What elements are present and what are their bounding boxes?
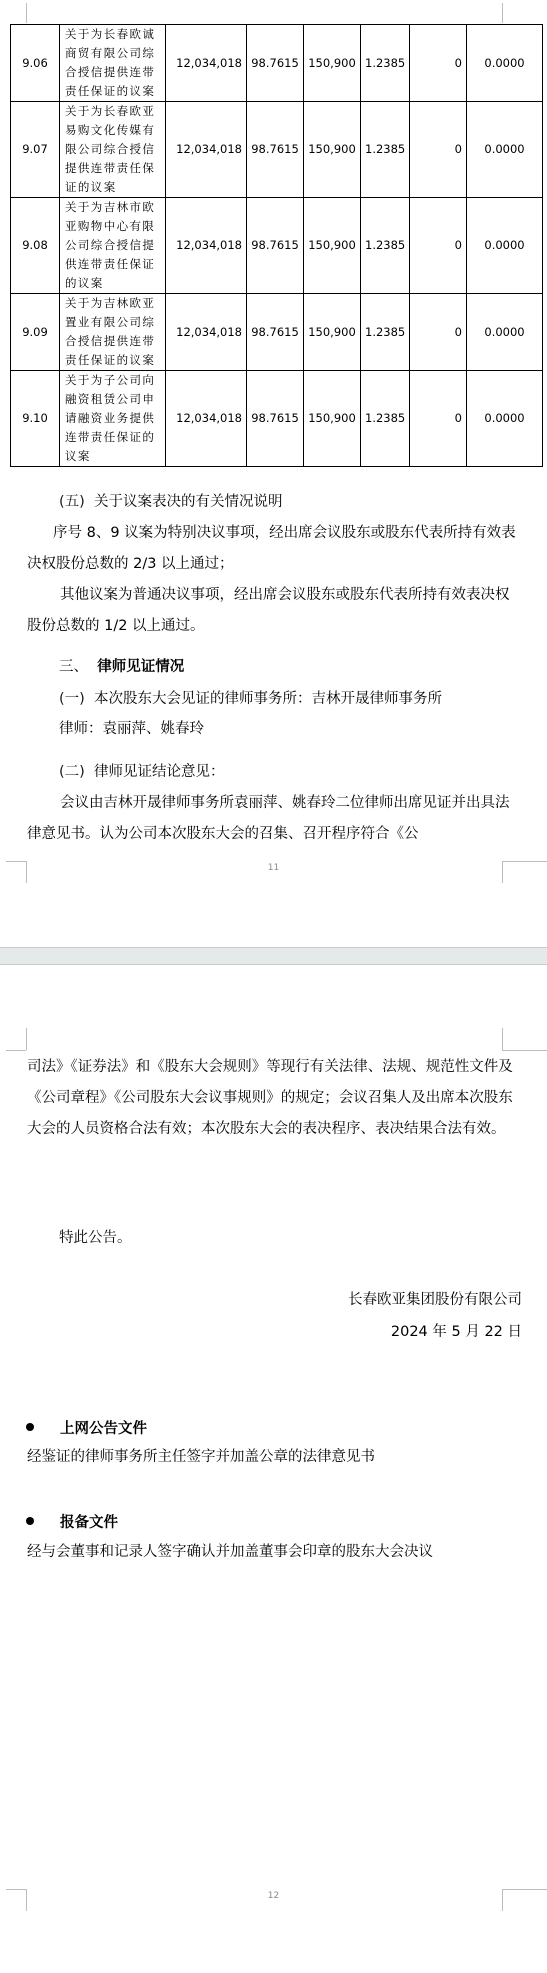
opinion-text-part1: 会议由吉林开晟律师事务所袁丽萍、姚春玲二位律师出席见证并出具法律意见书。认为公司… — [27, 788, 522, 850]
law-firm-line: (一) 本次股东大会见证的律师事务所：吉林开晟律师事务所 — [59, 684, 547, 715]
agree-percent: 98.7615 — [247, 25, 304, 102]
against-shares: 150,900 — [304, 25, 361, 102]
agree-percent: 98.7615 — [247, 371, 304, 467]
page-number: 12 — [0, 1891, 547, 1901]
agree-shares: 12,034,018 — [166, 294, 247, 371]
resolution-vote-table: 9.06 关于为长春欧诚商贸有限公司综合授信提供连带责任保证的议案 12,034… — [10, 24, 543, 467]
document-page-11: 9.06 关于为长春欧诚商贸有限公司综合授信提供连带责任保证的议案 12,034… — [0, 0, 547, 947]
section-3-heading: 三、 律师见证情况 — [59, 652, 547, 683]
table-row: 9.09 关于为吉林欧亚置业有限公司综合授信提供连带责任保证的议案 12,034… — [11, 294, 543, 371]
agree-percent: 98.7615 — [247, 102, 304, 198]
margin-corner-mark — [6, 861, 26, 862]
filing-docs-heading: 报备文件 — [26, 1511, 118, 1535]
closing-statement: 特此公告。 — [59, 1223, 547, 1254]
law-firm-text: 本次股东大会见证的律师事务所：吉林开晟律师事务所 — [94, 691, 442, 707]
opinion-heading: (二) 律师见证结论意见： — [59, 757, 547, 788]
abstain-percent: 0.0000 — [467, 198, 543, 294]
abstain-shares: 0 — [410, 198, 467, 294]
against-percent: 1.2385 — [361, 371, 410, 467]
margin-corner-mark — [502, 1050, 547, 1051]
page-number: 11 — [0, 863, 547, 873]
abstain-percent: 0.0000 — [467, 102, 543, 198]
bullet-icon — [26, 1517, 34, 1525]
resolution-name: 关于为子公司向融资租赁公司申请融资业务提供连带责任保证的议案 — [60, 371, 166, 467]
online-docs-heading: 上网公告文件 — [26, 1417, 147, 1441]
section-3-title: 律师见证情况 — [97, 659, 184, 675]
margin-corner-mark — [502, 861, 547, 862]
against-percent: 1.2385 — [361, 25, 410, 102]
against-shares: 150,900 — [304, 371, 361, 467]
against-percent: 1.2385 — [361, 294, 410, 371]
margin-corner-mark — [26, 1028, 27, 1050]
filing-docs-title: 报备文件 — [60, 1515, 118, 1531]
against-percent: 1.2385 — [361, 198, 410, 294]
ordinary-resolution-text: 其他议案为普通决议事项，经出席会议股东或股东代表所持有效表决权股份总数的 1/2… — [27, 580, 522, 642]
agree-shares: 12,034,018 — [166, 102, 247, 198]
margin-corner-mark — [502, 1028, 503, 1050]
table-row: 9.07 关于为长春欧亚易购文化传媒有限公司综合授信提供连带责任保证的议案 12… — [11, 102, 543, 198]
margin-corner-mark — [502, 1889, 547, 1890]
online-docs-title: 上网公告文件 — [60, 1421, 147, 1437]
agree-shares: 12,034,018 — [166, 198, 247, 294]
abstain-percent: 0.0000 — [467, 294, 543, 371]
table-row: 9.08 关于为吉林市欧亚购物中心有限公司综合授信提供连带责任保证的议案 12,… — [11, 198, 543, 294]
resolution-name: 关于为长春欧诚商贸有限公司综合授信提供连带责任保证的议案 — [60, 25, 166, 102]
agree-percent: 98.7615 — [247, 198, 304, 294]
resolution-number: 9.07 — [11, 102, 60, 198]
resolution-number: 9.08 — [11, 198, 60, 294]
against-shares: 150,900 — [304, 294, 361, 371]
table-row: 9.06 关于为长春欧诚商贸有限公司综合授信提供连带责任保证的议案 12,034… — [11, 25, 543, 102]
company-signature: 长春欧亚集团股份有限公司 — [27, 1285, 522, 1316]
online-docs-text: 经鉴证的律师事务所主任签字并加盖公章的法律意见书 — [27, 1445, 522, 1469]
agree-shares: 12,034,018 — [166, 25, 247, 102]
abstain-shares: 0 — [410, 294, 467, 371]
announcement-date: 2024 年 5 月 22 日 — [27, 1317, 522, 1348]
against-shares: 150,900 — [304, 102, 361, 198]
opinion-number: (二) — [59, 764, 85, 780]
abstain-percent: 0.0000 — [467, 371, 543, 467]
opinion-title: 律师见证结论意见： — [94, 764, 225, 780]
agree-percent: 98.7615 — [247, 294, 304, 371]
abstain-shares: 0 — [410, 371, 467, 467]
page-separator — [0, 947, 547, 965]
against-percent: 1.2385 — [361, 102, 410, 198]
resolution-number: 9.09 — [11, 294, 60, 371]
resolution-number: 9.10 — [11, 371, 60, 467]
margin-corner-mark — [6, 1889, 26, 1890]
section-5-heading: (五) 关于议案表决的有关情况说明 — [59, 487, 547, 518]
resolution-number: 9.06 — [11, 25, 60, 102]
margin-corner-mark — [6, 1050, 26, 1051]
document-page-12: 司法》《证券法》和《股东大会规则》等现行有关法律、法规、规范性文件及《公司章程》… — [0, 965, 547, 1973]
against-shares: 150,900 — [304, 198, 361, 294]
resolution-name: 关于为吉林欧亚置业有限公司综合授信提供连带责任保证的议案 — [60, 294, 166, 371]
abstain-shares: 0 — [410, 102, 467, 198]
abstain-shares: 0 — [410, 25, 467, 102]
margin-corner-mark — [502, 3, 503, 23]
resolution-name: 关于为吉林市欧亚购物中心有限公司综合授信提供连带责任保证的议案 — [60, 198, 166, 294]
opinion-text-part2: 司法》《证券法》和《股东大会规则》等现行有关法律、法规、规范性文件及《公司章程》… — [27, 1052, 522, 1145]
section-3-number: 三、 — [59, 659, 88, 675]
agree-shares: 12,034,018 — [166, 371, 247, 467]
law-firm-number: (一) — [59, 691, 85, 707]
table-row: 9.10 关于为子公司向融资租赁公司申请融资业务提供连带责任保证的议案 12,0… — [11, 371, 543, 467]
resolution-name: 关于为长春欧亚易购文化传媒有限公司综合授信提供连带责任保证的议案 — [60, 102, 166, 198]
bullet-icon — [26, 1423, 34, 1431]
lawyers-line: 律师：袁丽萍、姚春玲 — [59, 714, 547, 745]
margin-corner-mark — [26, 3, 27, 23]
special-resolution-text: 序号 8、9 议案为特别决议事项，经出席会议股东或股东代表所持有效表决权股份总数… — [27, 518, 522, 580]
section-5-title: 关于议案表决的有关情况说明 — [94, 494, 283, 510]
section-5-number: (五) — [59, 494, 85, 510]
filing-docs-text: 经与会董事和记录人签字确认并加盖董事会印章的股东大会决议 — [27, 1540, 522, 1564]
abstain-percent: 0.0000 — [467, 25, 543, 102]
